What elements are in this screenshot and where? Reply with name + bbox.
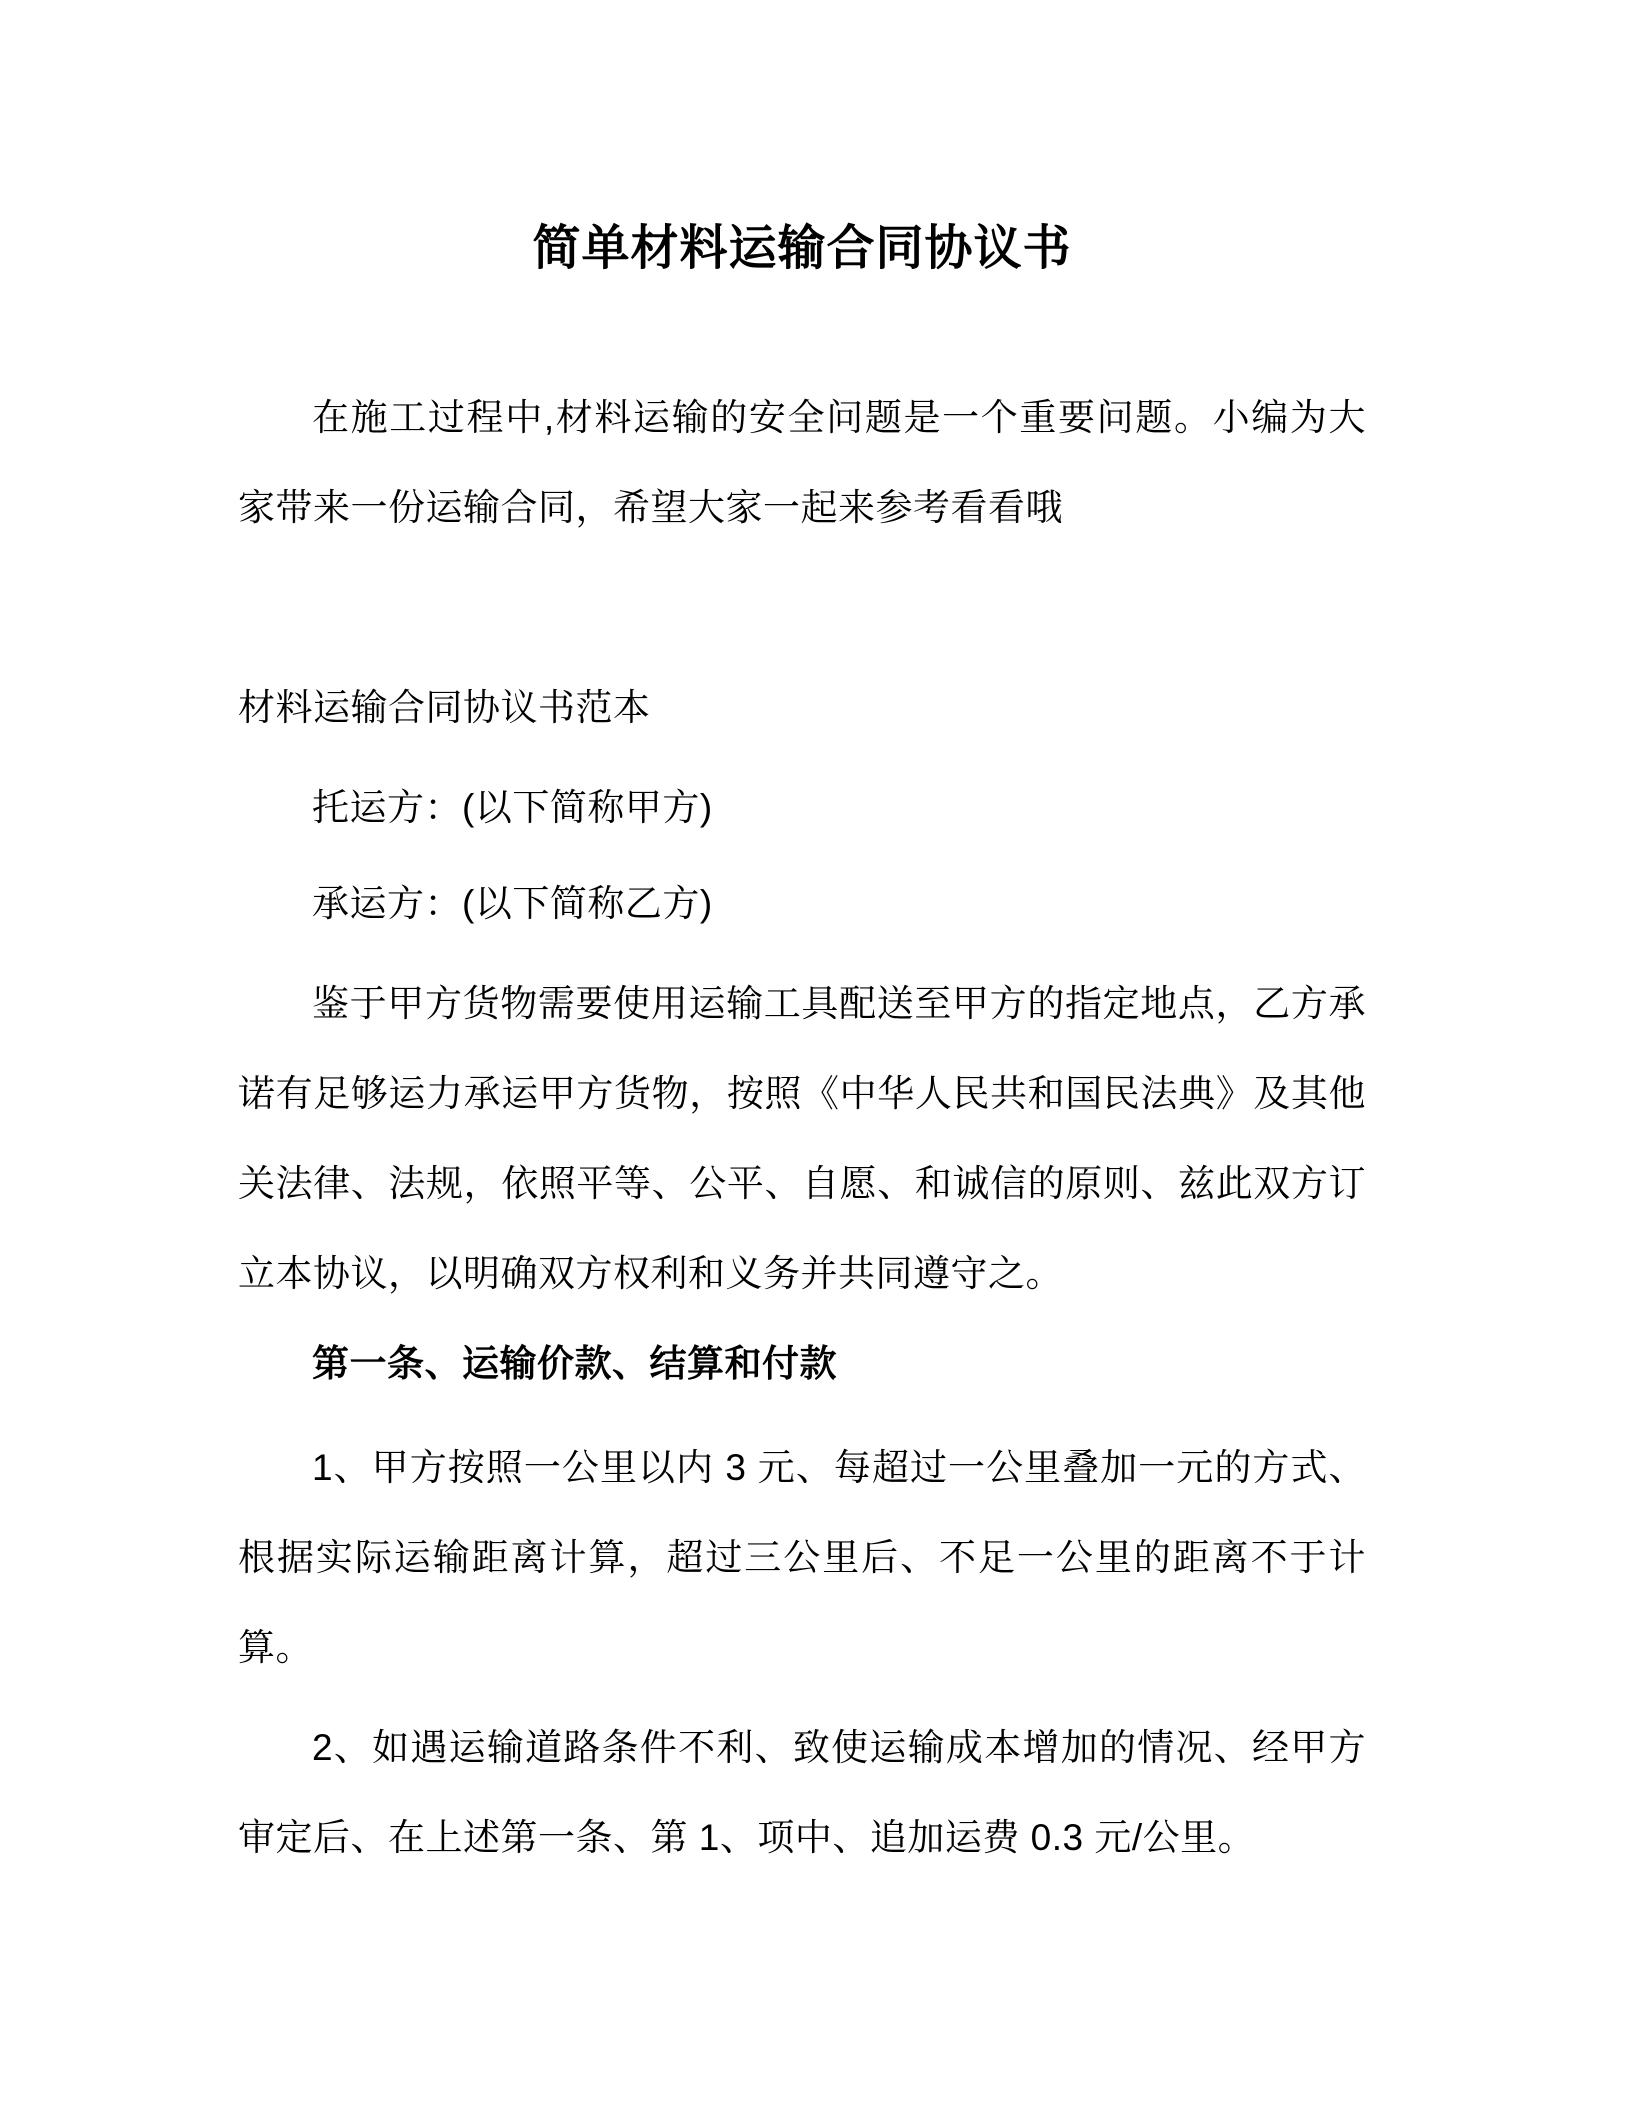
article-1-heading: 第一条、运输价款、结算和付款 [238, 1319, 1366, 1409]
intro-paragraph: 在施工过程中,材料运输的安全问题是一个重要问题。小编为大家带来一份运输合同，希望… [238, 373, 1366, 553]
clause-2-paragraph: 2、如遇运输道路条件不利、致使运输成本增加的情况、经甲方审定后、在上述第一条、第… [238, 1703, 1366, 1883]
document-title: 简单材料运输合同协议书 [238, 219, 1366, 279]
clause-1-paragraph: 1、甲方按照一公里以内 3 元、每超过一公里叠加一元的方式、根据实际运输距离计算… [238, 1423, 1366, 1693]
carrier-line: 承运方：(以下简称乙方) [238, 859, 1366, 949]
document-page: 简单材料运输合同协议书 在施工过程中,材料运输的安全问题是一个重要问题。小编为大… [0, 0, 1632, 2112]
shipper-line: 托运方：(以下简称甲方) [238, 763, 1366, 853]
preamble-paragraph: 鉴于甲方货物需要使用运输工具配送至甲方的指定地点，乙方承诺有足够运力承运甲方货物… [238, 959, 1366, 1319]
template-subtitle: 材料运输合同协议书范本 [238, 663, 1366, 753]
